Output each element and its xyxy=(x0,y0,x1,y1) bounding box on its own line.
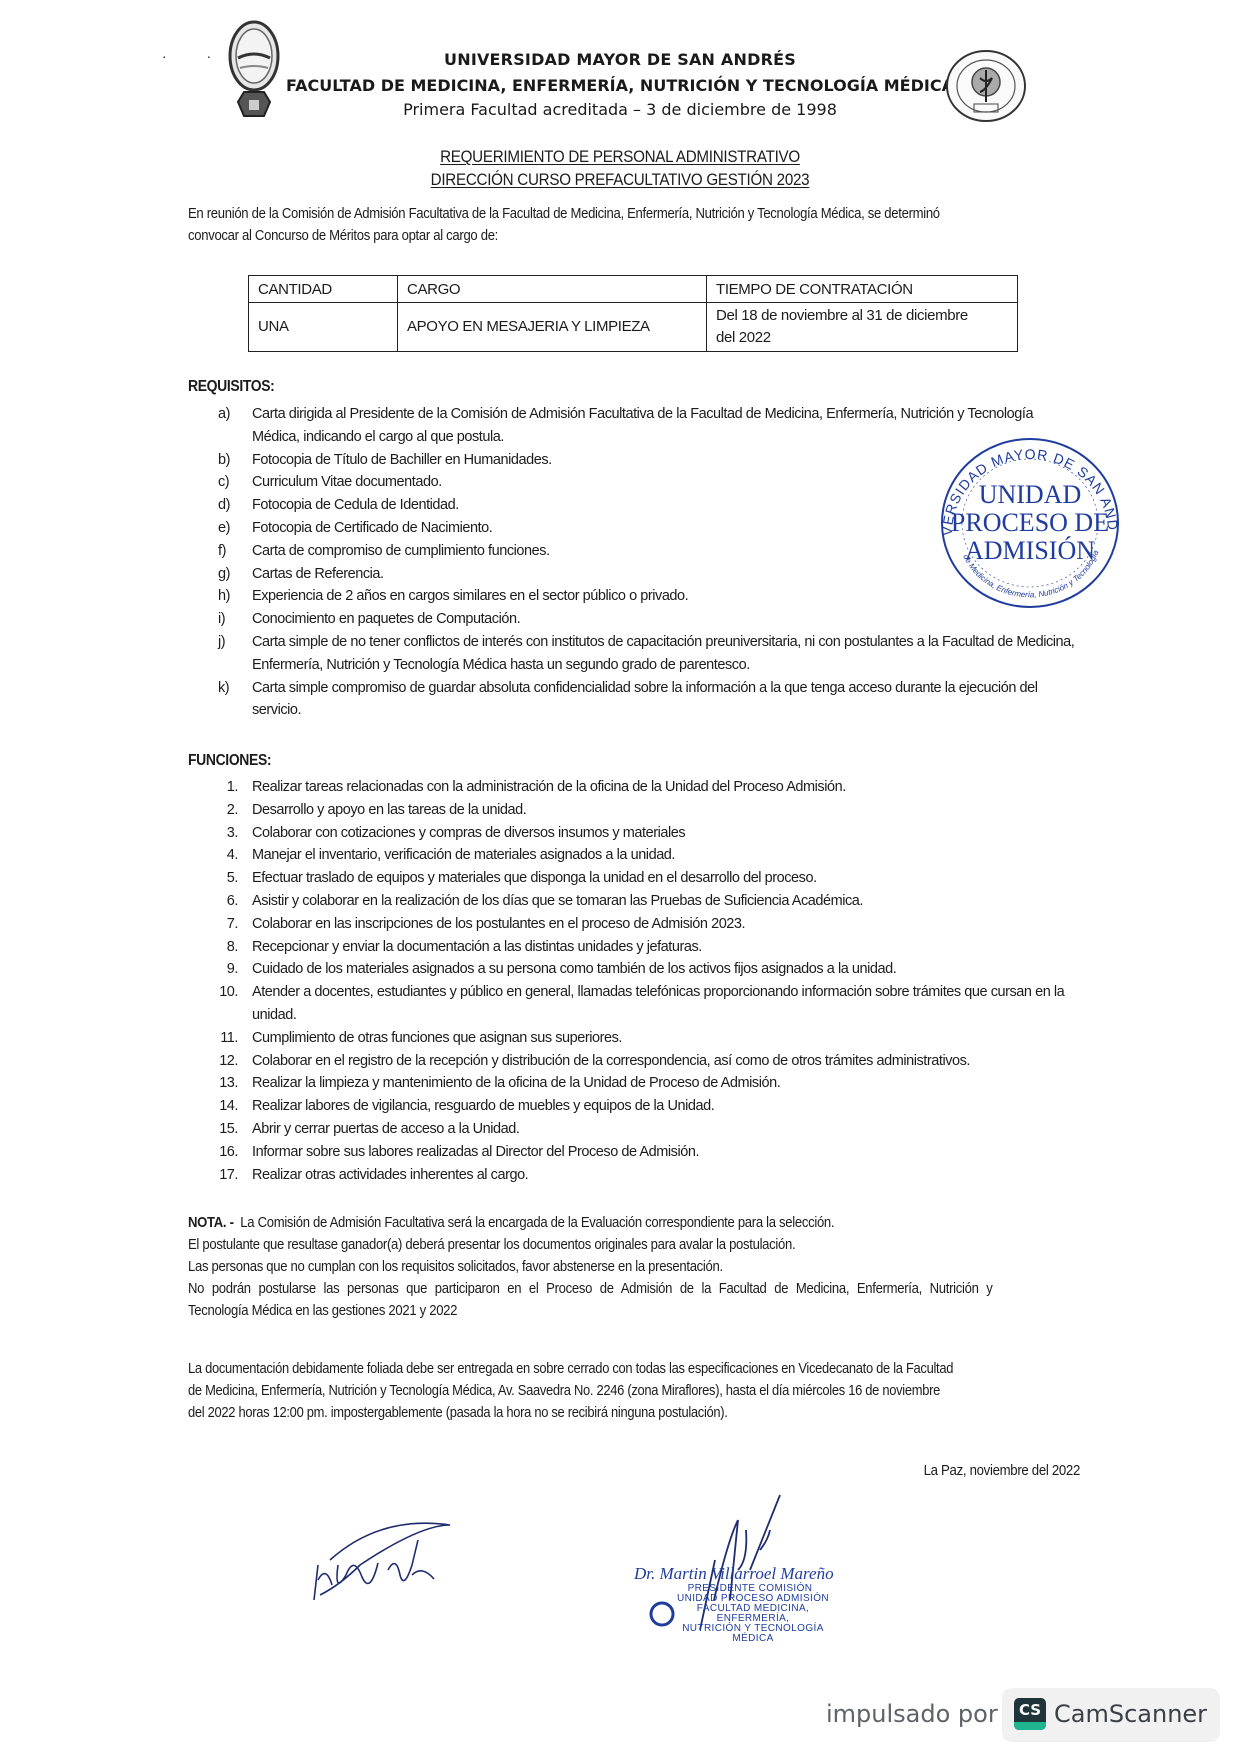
list-item: j)Carta simple de no tener conflictos de… xyxy=(200,631,1080,677)
list-item: 1.Realizar tareas relacionadas con la ad… xyxy=(200,776,1080,799)
list-marker: k) xyxy=(218,677,248,700)
list-item: 14.Realizar labores de vigilancia, resgu… xyxy=(200,1095,1080,1118)
list-marker: f) xyxy=(218,540,248,563)
funciones-heading: FUNCIONES: xyxy=(188,752,271,770)
list-text: Colaborar en el registro de la recepción… xyxy=(252,1053,970,1069)
list-marker: 8. xyxy=(212,936,246,959)
list-text: Realizar labores de vigilancia, resguard… xyxy=(252,1098,714,1114)
list-text: Carta simple compromiso de guardar absol… xyxy=(252,680,1038,719)
list-item: 11.Cumplimiento de otras funciones que a… xyxy=(200,1027,1080,1050)
intro-line: En reunión de la Comisión de Admisión Fa… xyxy=(188,203,974,225)
list-item: 3.Colaborar con cotizaciones y compras d… xyxy=(200,822,1080,845)
camscanner-logo-icon: CS xyxy=(1014,1698,1046,1730)
list-marker: 1. xyxy=(212,776,246,799)
header-cargo: CARGO xyxy=(398,276,707,303)
list-item: 12.Colaborar en el registro de la recepc… xyxy=(200,1050,1080,1073)
list-item: 10.Atender a docentes, estudiantes y púb… xyxy=(200,981,1080,1027)
list-item: 7.Colaborar en las inscripciones de los … xyxy=(200,913,1080,936)
list-marker: 3. xyxy=(212,822,246,845)
list-text: Cartas de Referencia. xyxy=(252,566,384,582)
list-text: Fotocopia de Título de Bachiller en Huma… xyxy=(252,452,552,468)
header-cantidad: CANTIDAD xyxy=(249,276,398,303)
list-text: Colaborar en las inscripciones de los po… xyxy=(252,916,745,932)
list-marker: i) xyxy=(218,608,248,631)
signatory-faculty: FACULTAD MEDICINA, ENFERMERÍA, xyxy=(610,1604,830,1624)
list-item: 4.Manejar el inventario, verificación de… xyxy=(200,844,1080,867)
list-marker: e) xyxy=(218,517,248,540)
list-item: 8.Recepcionar y enviar la documentación … xyxy=(200,936,1080,959)
nota-text: La Comisión de Admisión Facultativa será… xyxy=(240,1214,834,1231)
signatory-stamp-text: PRESIDENTE COMISIÓN UNIDAD PROCESO ADMIS… xyxy=(610,1584,830,1644)
list-item: 5.Efectuar traslado de equipos y materia… xyxy=(200,867,1080,890)
signatory-faculty: NUTRICIÓN Y TECNOLOGÍA MÉDICA xyxy=(610,1624,830,1644)
university-name: UNIVERSIDAD MAYOR DE SAN ANDRÉS xyxy=(0,50,1240,69)
list-text: Curriculum Vitae documentado. xyxy=(252,474,442,490)
intro-line: convocar al Concurso de Méritos para opt… xyxy=(188,225,974,247)
requisitos-heading: REQUISITOS: xyxy=(188,378,274,396)
list-item: 16.Informar sobre sus labores realizadas… xyxy=(200,1141,1080,1164)
svg-text:ADMISIÓN: ADMISIÓN xyxy=(965,536,1095,565)
list-marker: a) xyxy=(218,403,248,426)
list-text: Desarrollo y apoyo en las tareas de la u… xyxy=(252,802,526,818)
table-row: UNA APOYO EN MESAJERIA Y LIMPIEZA Del 18… xyxy=(249,303,1018,352)
list-marker: 5. xyxy=(212,867,246,890)
signatory-name: Dr. Martin Villarroel Mareño xyxy=(634,1564,834,1584)
intro-paragraph: En reunión de la Comisión de Admisión Fa… xyxy=(188,203,1088,247)
facultad-de-medicina-seal-icon xyxy=(944,48,1028,124)
list-marker: h) xyxy=(218,585,248,608)
list-item: 2.Desarrollo y apoyo en las tareas de la… xyxy=(200,799,1080,822)
submission-instructions: La documentación debidamente foliada deb… xyxy=(188,1358,1088,1424)
faculty-name: FACULTAD DE MEDICINA, ENFERMERÍA, NUTRIC… xyxy=(0,76,1240,95)
position-table: CANTIDAD CARGO TIEMPO DE CONTRATACIÓN UN… xyxy=(248,275,1018,352)
list-text: Informar sobre sus labores realizadas al… xyxy=(252,1144,699,1160)
nota-line: El postulante que resultase ganador(a) d… xyxy=(188,1234,974,1256)
list-marker: 9. xyxy=(212,958,246,981)
list-marker: d) xyxy=(218,494,248,517)
list-marker: g) xyxy=(218,563,248,586)
list-item: k)Carta simple compromiso de guardar abs… xyxy=(200,677,1080,723)
accreditation-note: Primera Facultad acreditada – 3 de dicie… xyxy=(0,100,1240,119)
document-subtitle: DIRECCIÓN CURSO PREFACULTATIVO GESTIÓN 2… xyxy=(50,171,1191,190)
list-item: 13.Realizar la limpieza y mantenimiento … xyxy=(200,1072,1080,1095)
list-marker: 11. xyxy=(212,1027,246,1050)
list-item: 15.Abrir y cerrar puertas de acceso a la… xyxy=(200,1118,1080,1141)
list-marker: 16. xyxy=(212,1141,246,1164)
left-signature xyxy=(300,1505,460,1605)
nota-block: NOTA. - La Comisión de Admisión Facultat… xyxy=(188,1212,1088,1322)
list-marker: 7. xyxy=(212,913,246,936)
signatory-block: Dr. Martin Villarroel Mareño PRESIDENTE … xyxy=(610,1490,870,1650)
svg-text:PROCESO DE: PROCESO DE xyxy=(951,508,1109,537)
admission-unit-stamp: UNIVERSIDAD MAYOR DE SAN ANDRÉS Facultad… xyxy=(930,433,1128,613)
camscanner-logo-text: CS xyxy=(1014,1701,1046,1719)
submission-line: de Medicina, Enfermería, Nutrición y Tec… xyxy=(188,1380,964,1402)
list-text: Manejar el inventario, verificación de m… xyxy=(252,847,675,863)
submission-line: del 2022 horas 12:00 pm. impostergableme… xyxy=(188,1402,964,1424)
list-text: Atender a docentes, estudiantes y públic… xyxy=(252,984,1064,1023)
list-text: Cuidado de los materiales asignados a su… xyxy=(252,961,896,977)
list-text: Fotocopia de Certificado de Nacimiento. xyxy=(252,520,492,536)
list-marker: 2. xyxy=(212,799,246,822)
list-text: Realizar la limpieza y mantenimiento de … xyxy=(252,1075,780,1091)
list-marker: 17. xyxy=(212,1164,246,1187)
list-text: Fotocopia de Cedula de Identidad. xyxy=(252,497,459,513)
cell-tiempo: Del 18 de noviembre al 31 de diciembre d… xyxy=(707,303,1018,352)
list-item: 9.Cuidado de los materiales asignados a … xyxy=(200,958,1080,981)
list-text: Carta simple de no tener conflictos de i… xyxy=(252,634,1074,673)
list-text: Cumplimiento de otras funciones que asig… xyxy=(252,1030,622,1046)
nota-label: NOTA. - xyxy=(188,1214,234,1231)
list-text: Colaborar con cotizaciones y compras de … xyxy=(252,825,685,841)
watermark-prefix: impulsado por xyxy=(826,1700,998,1728)
funciones-list: 1.Realizar tareas relacionadas con la ad… xyxy=(200,776,1080,1186)
list-text: Abrir y cerrar puertas de acceso a la Un… xyxy=(252,1121,519,1137)
camscanner-brand: CamScanner xyxy=(1054,1700,1207,1728)
list-marker: 10. xyxy=(212,981,246,1004)
tiempo-line: Del 18 de noviembre al 31 de diciembre xyxy=(716,305,1008,327)
list-text: Carta dirigida al Presidente de la Comis… xyxy=(252,406,1033,445)
submission-line: La documentación debidamente foliada deb… xyxy=(188,1358,964,1380)
tiempo-line: del 2022 xyxy=(716,327,1008,349)
document-title: REQUERIMIENTO DE PERSONAL ADMINISTRATIVO xyxy=(50,148,1191,167)
list-marker: 4. xyxy=(212,844,246,867)
list-text: Recepcionar y enviar la documentación a … xyxy=(252,939,702,955)
list-item: 6.Asistir y colaborar en la realización … xyxy=(200,890,1080,913)
list-text: Experiencia de 2 años en cargos similare… xyxy=(252,588,688,604)
list-text: Efectuar traslado de equipos y materiale… xyxy=(252,870,817,886)
header-tiempo: TIEMPO DE CONTRATACIÓN xyxy=(707,276,1018,303)
list-marker: 13. xyxy=(212,1072,246,1095)
list-marker: 15. xyxy=(212,1118,246,1141)
nota-line: NOTA. - La Comisión de Admisión Facultat… xyxy=(188,1212,974,1234)
list-marker: j) xyxy=(218,631,248,654)
table-header-row: CANTIDAD CARGO TIEMPO DE CONTRATACIÓN xyxy=(249,276,1018,303)
svg-text:UNIDAD: UNIDAD xyxy=(979,480,1082,509)
list-marker: c) xyxy=(218,471,248,494)
list-marker: 14. xyxy=(212,1095,246,1118)
nota-line: Las personas que no cumplan con los requ… xyxy=(188,1256,974,1278)
list-text: Realizar otras actividades inherentes al… xyxy=(252,1167,528,1183)
list-text: Asistir y colaborar en la realización de… xyxy=(252,893,863,909)
place-date: La Paz, noviembre del 2022 xyxy=(860,1460,1080,1482)
cell-cargo: APOYO EN MESAJERIA Y LIMPIEZA xyxy=(398,303,707,352)
list-text: Conocimiento en paquetes de Computación. xyxy=(252,611,520,627)
list-text: Realizar tareas relacionadas con la admi… xyxy=(252,779,846,795)
cell-cantidad: UNA xyxy=(249,303,398,352)
list-item: 17.Realizar otras actividades inherentes… xyxy=(200,1164,1080,1187)
list-text: Carta de compromiso de cumplimiento func… xyxy=(252,543,550,559)
list-marker: b) xyxy=(218,449,248,472)
list-marker: 6. xyxy=(212,890,246,913)
list-marker: 12. xyxy=(212,1050,246,1073)
nota-line: Tecnología Médica en las gestiones 2021 … xyxy=(188,1300,974,1322)
nota-line: No podrán postularse las personas que pa… xyxy=(188,1278,974,1300)
